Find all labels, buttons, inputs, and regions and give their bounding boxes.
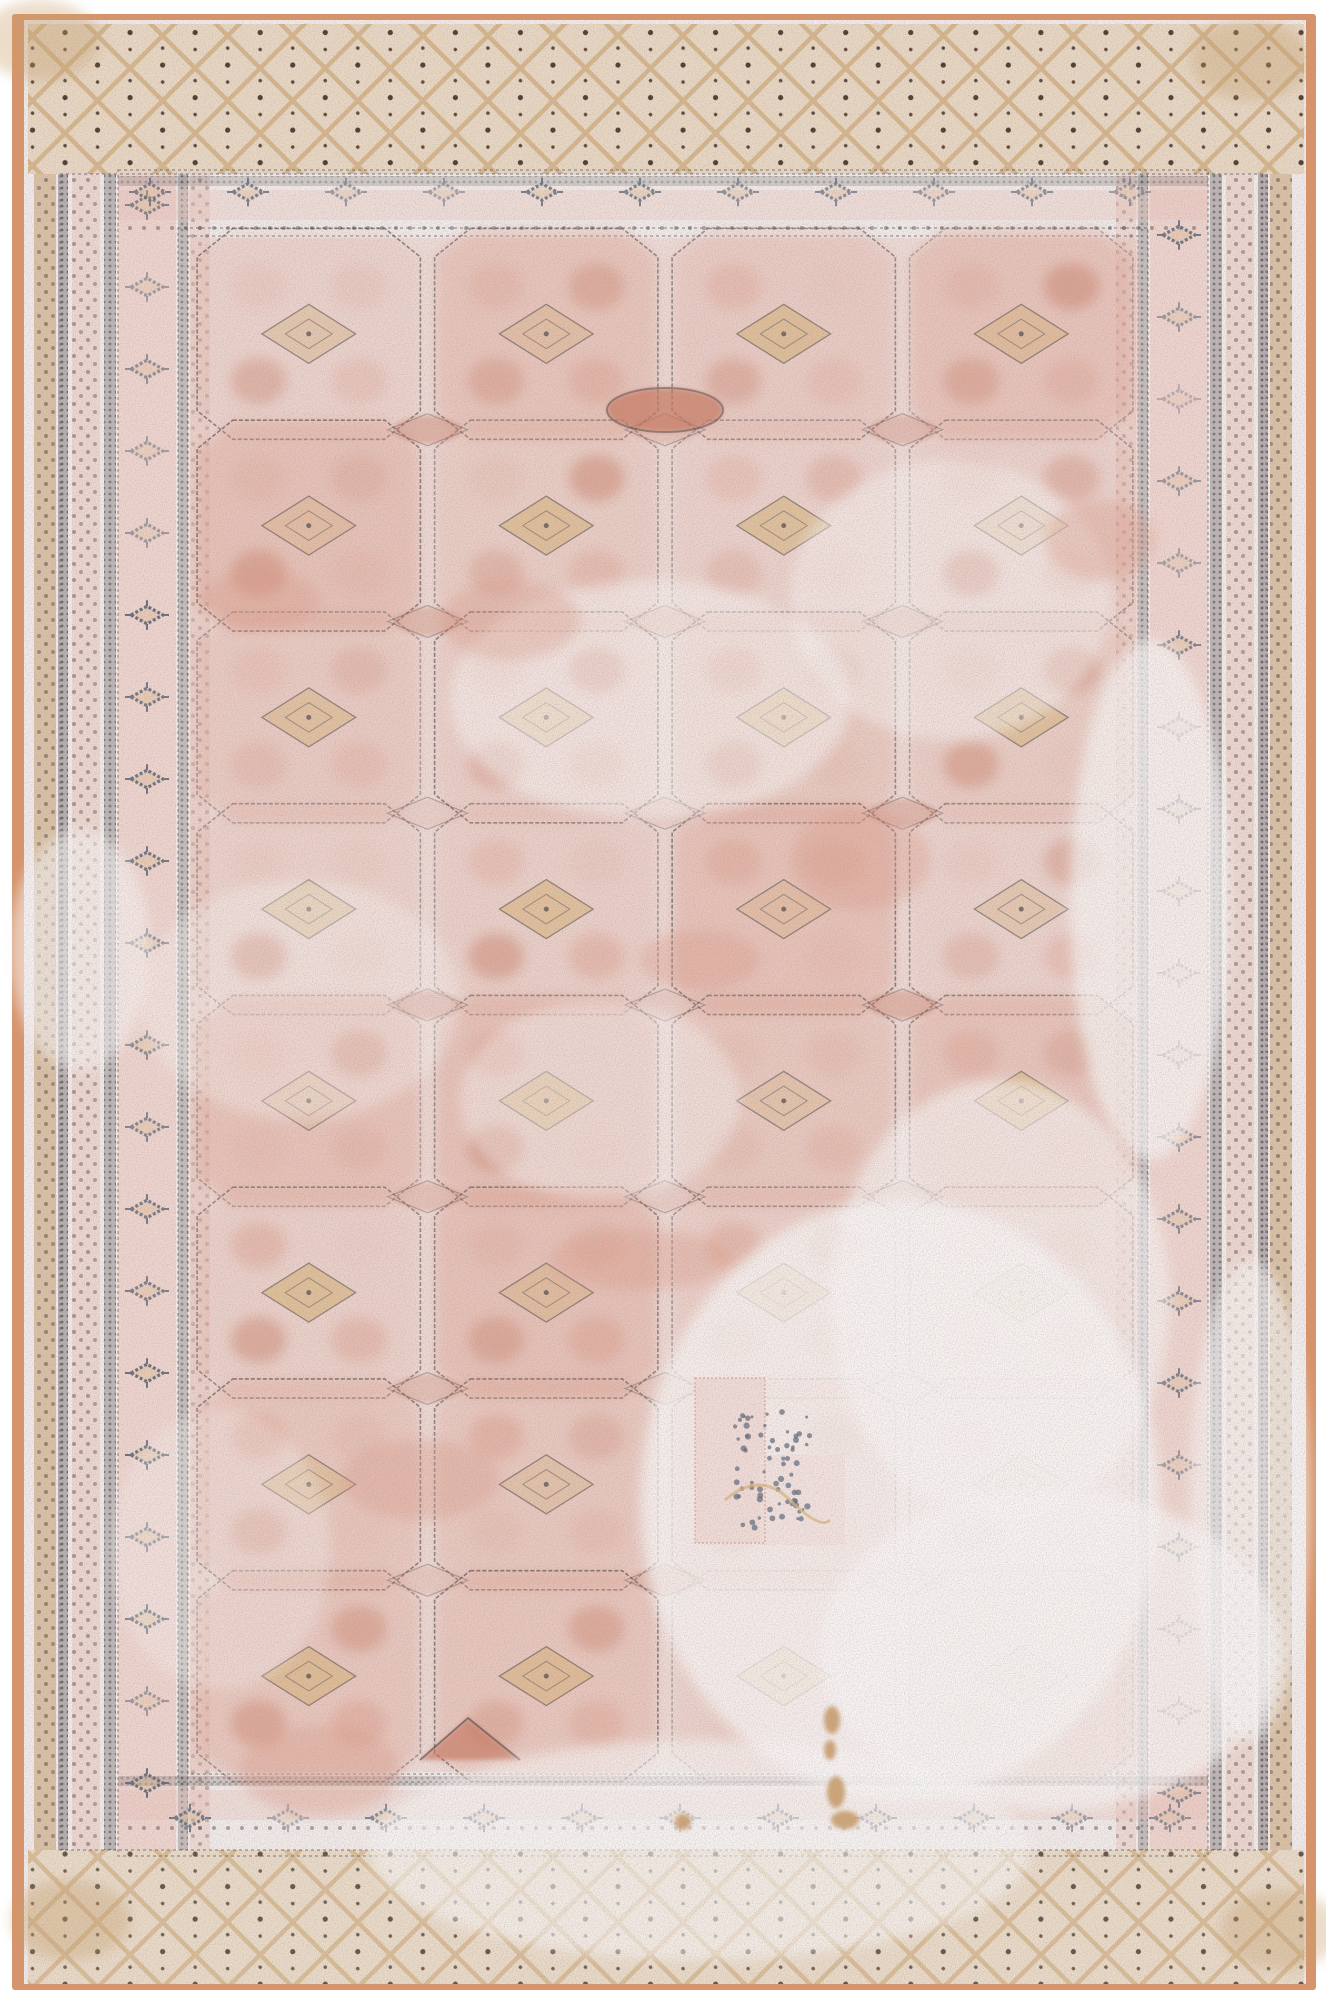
rug	[0, 0, 1326, 1990]
rug-illustration	[0, 0, 1326, 2000]
